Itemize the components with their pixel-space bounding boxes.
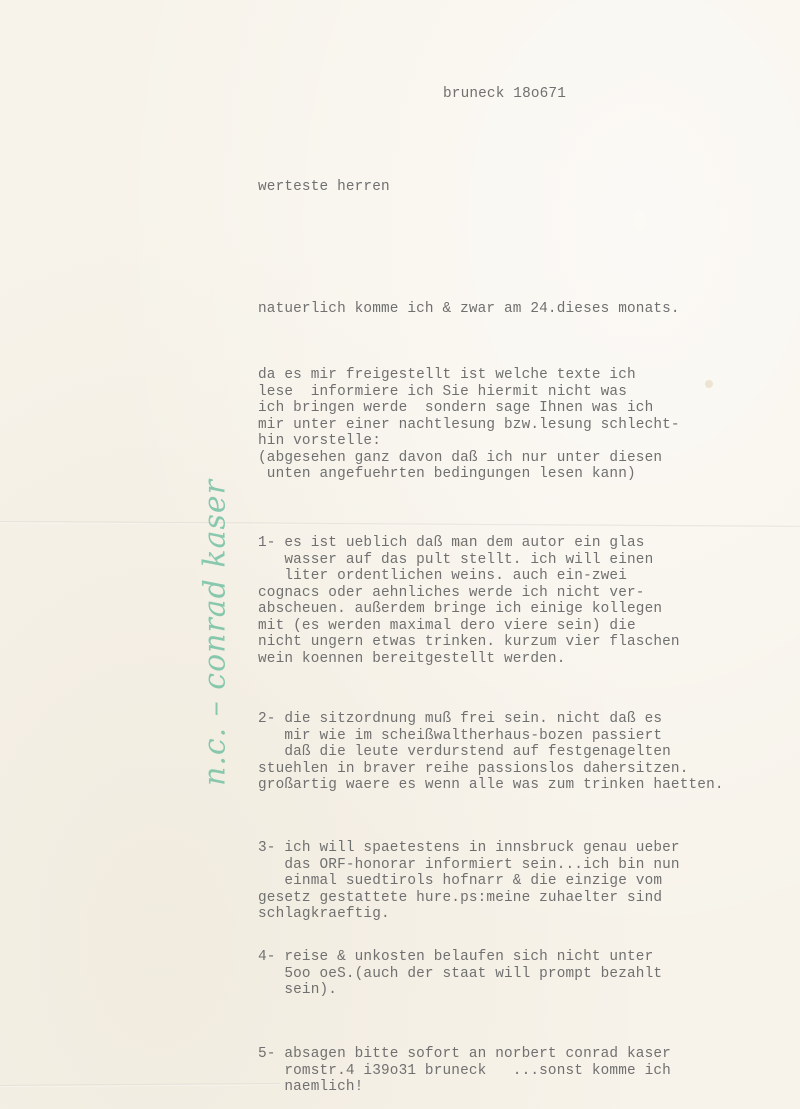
- text-line: daß die leute verdurstend auf festgenage…: [258, 744, 724, 761]
- letter-paragraph-1: natuerlich komme ich & zwar am 24.dieses…: [258, 301, 680, 318]
- text-line: cognacs oder aehnliches werde ich nicht …: [258, 585, 680, 602]
- text-line: lese informiere ich Sie hiermit nicht wa…: [258, 384, 680, 401]
- text-line: mir wie im scheißwaltherhaus-bozen passi…: [258, 728, 724, 745]
- condition-item-2: 2- die sitzordnung muß frei sein. nicht …: [258, 711, 724, 794]
- text-line: hin vorstelle:: [258, 433, 680, 450]
- text-line: ich bringen werde sondern sage Ihnen was…: [258, 400, 680, 417]
- text-line: (abgesehen ganz davon daß ich nur unter …: [258, 450, 680, 467]
- paper-fold-line-bottom: [0, 1083, 280, 1087]
- text-line: stuehlen in braver reihe passionslos dah…: [258, 761, 724, 778]
- text-line: abscheuen. außerdem bringe ich einige ko…: [258, 601, 680, 618]
- text-line: das ORF-honorar informiert sein...ich bi…: [258, 857, 680, 874]
- text-line: einmal suedtirols hofnarr & die einzige …: [258, 873, 680, 890]
- condition-item-3: 3- ich will spaetestens in innsbruck gen…: [258, 840, 680, 923]
- text-line: 5oo oeS.(auch der staat will prompt beza…: [258, 966, 662, 983]
- condition-item-4: 4- reise & unkosten belaufen sich nicht …: [258, 949, 662, 999]
- paper-stain: [705, 380, 713, 388]
- text-line: liter ordentlichen weins. auch ein-zwei: [258, 568, 680, 585]
- text-line: schlagkraeftig.: [258, 906, 680, 923]
- condition-item-5: 5- absagen bitte sofort an norbert conra…: [258, 1046, 671, 1096]
- text-line: wein koennen bereitgestellt werden.: [258, 651, 680, 668]
- condition-item-1: 1- es ist ueblich daß man dem autor ein …: [258, 535, 680, 667]
- paper-fold-line: [0, 521, 800, 528]
- text-line: 5- absagen bitte sofort an norbert conra…: [258, 1046, 671, 1063]
- text-line: sein).: [258, 982, 662, 999]
- letter-paragraph-2: da es mir freigestellt ist welche texte …: [258, 367, 680, 483]
- text-line: 3- ich will spaetestens in innsbruck gen…: [258, 840, 680, 857]
- text-line: naemlich!: [258, 1079, 671, 1096]
- text-line: 1- es ist ueblich daß man dem autor ein …: [258, 535, 680, 552]
- letter-dateline: bruneck 18o671: [443, 86, 566, 103]
- text-line: unten angefuehrten bedingungen lesen kan…: [258, 466, 680, 483]
- text-line: großartig waere es wenn alle was zum tri…: [258, 777, 724, 794]
- text-line: romstr.4 i39o31 bruneck ...sonst komme i…: [258, 1063, 671, 1080]
- text-line: mir unter einer nachtlesung bzw.lesung s…: [258, 417, 680, 434]
- text-line: 2- die sitzordnung muß frei sein. nicht …: [258, 711, 724, 728]
- text-line: 4- reise & unkosten belaufen sich nicht …: [258, 949, 662, 966]
- handwritten-signature: n.c. – conrad kaser: [198, 468, 233, 798]
- text-line: mit (es werden maximal dero viere sein) …: [258, 618, 680, 635]
- text-line: da es mir freigestellt ist welche texte …: [258, 367, 680, 384]
- letter-salutation: werteste herren: [258, 179, 390, 196]
- text-line: gesetz gestattete hure.ps:meine zuhaelte…: [258, 890, 680, 907]
- text-line: wasser auf das pult stellt. ich will ein…: [258, 552, 680, 569]
- text-line: nicht ungern etwas trinken. kurzum vier …: [258, 634, 680, 651]
